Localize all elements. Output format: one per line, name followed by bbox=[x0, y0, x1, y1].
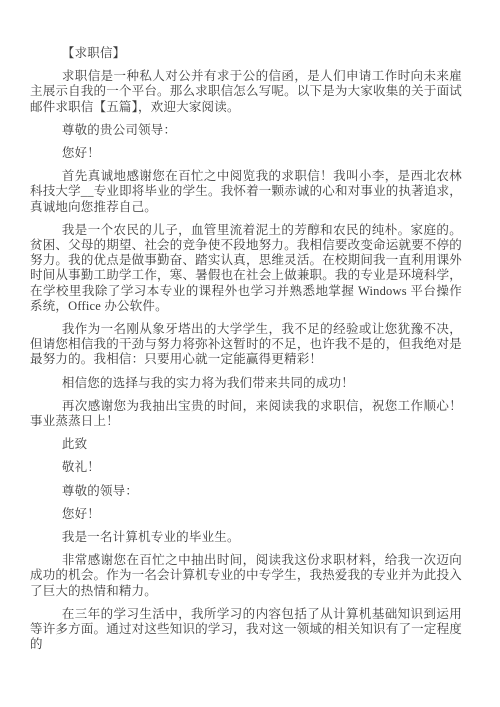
intro-paragraph: 求职信是一种私人对公并有求于公的信函，是人们申请工作时向未来雇主展示自我的一个平… bbox=[30, 69, 462, 115]
letter-body: 【求职信】 求职信是一种私人对公并有求于公的信函，是人们申请工作时向未来雇主展示… bbox=[30, 46, 462, 661]
letter1-paragraph-1: 首先真诚地感谢您在百忙之中阅览我的求职信！我叫小李，是西北农林科技大学__专业即… bbox=[30, 169, 462, 215]
letter1-paragraph-4: 相信您的选择与我的实力将为我们带来共同的成功！ bbox=[30, 376, 462, 391]
letter1-paragraph-3: 我作为一名刚从象牙塔出的大学学生，我不足的经验或让您犹豫不决，但请您相信我的干劲… bbox=[30, 322, 462, 368]
greeting-line-1: 您好！ bbox=[30, 146, 462, 161]
document-title: 【求职信】 bbox=[30, 46, 462, 61]
letter1-paragraph-5: 再次感谢您为我抽出宝贵的时间，来阅读我的求职信，祝您工作顺心！事业蒸蒸日上！ bbox=[30, 399, 462, 429]
letter2-intro-line: 我是一名计算机专业的毕业生。 bbox=[30, 530, 462, 545]
salutation-leader: 尊敬的领导： bbox=[30, 484, 462, 499]
greeting-line-2: 您好！ bbox=[30, 507, 462, 522]
letter2-paragraph-2-truncated: 在三年的学习生活中，我所学习的内容包括了从计算机基础知识到运用等许多方面。通过对… bbox=[30, 607, 462, 653]
letter1-paragraph-2: 我是一个农民的儿子，血管里流着泥土的芳醇和农民的纯朴。家庭的。贫困、父母的期望、… bbox=[30, 223, 462, 314]
closing-cizhi: 此致 bbox=[30, 437, 462, 452]
salutation-company-leader: 尊敬的贵公司领导： bbox=[30, 123, 462, 138]
closing-jingli: 敬礼！ bbox=[30, 460, 462, 475]
letter2-paragraph-1: 非常感谢您在百忙之中抽出时间，阅读我这份求职材料，给我一次迈向成功的机会。作为一… bbox=[30, 553, 462, 599]
document-page: 【求职信】 求职信是一种私人对公并有求于公的信函，是人们申请工作时向未来雇主展示… bbox=[0, 0, 500, 707]
